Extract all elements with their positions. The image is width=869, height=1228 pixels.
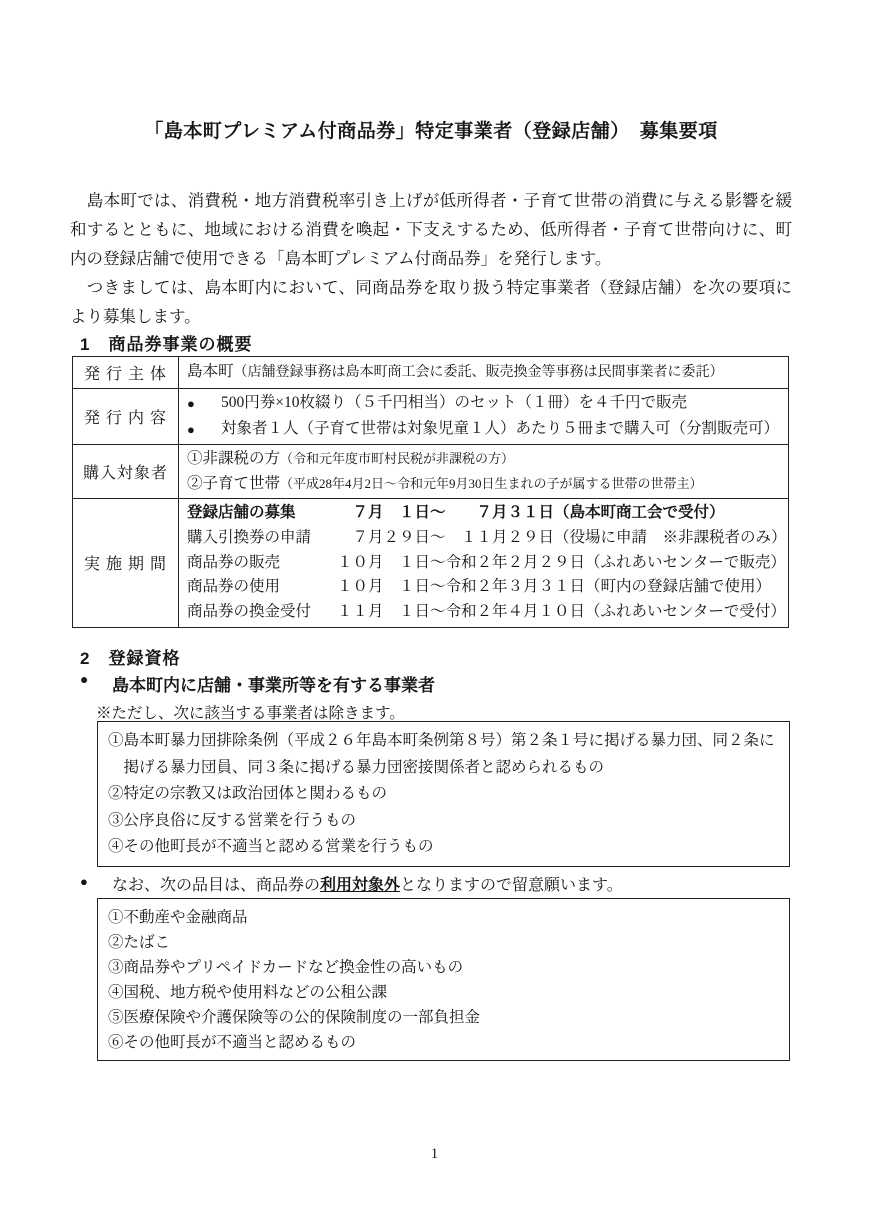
schedule-name: 商品券の使用: [187, 575, 337, 600]
schedule-line: 登録店舗の募集 ７月 １日～ ７月３１日（島本町商工会で受付）: [187, 501, 780, 526]
table-row-issuer: 発 行 主 体 島本町（店舗登録事務は島本町商工会に委託、販売換金等事務は民間事…: [73, 357, 789, 389]
list-item: ①不動産や金融商品: [108, 905, 779, 930]
excluded-items-intro-line: ● なお、次の品目は、商品券の利用対象外となりますので留意願います。: [80, 872, 623, 895]
row-label-eligibility: 購入対象者: [73, 445, 179, 499]
row-content-schedule: 登録店舗の募集 ７月 １日～ ７月３１日（島本町商工会で受付） 購入引換券の申請…: [179, 499, 789, 628]
section2-heading: 2 登録資格: [80, 644, 180, 669]
row-content-eligibility: ①非課税の方（令和元年度市町村民税が非課税の方） ②子育て世帯（平成28年4月2…: [179, 445, 789, 499]
eligible-business-line: ● 島本町内に店舗・事業所等を有する事業者: [80, 671, 435, 696]
bullet-icon: ●: [80, 671, 112, 696]
schedule-line: 購入引換券の申請 ７月２９日～ １１月２９日（役場に申請 ※非課税者のみ）: [187, 526, 780, 551]
eligible-business-text: 島本町内に店舗・事業所等を有する事業者: [112, 671, 435, 696]
schedule-name: 登録店舗の募集: [187, 501, 337, 526]
excluded-items-intro-text: なお、次の品目は、商品券の利用対象外となりますので留意願います。: [112, 872, 623, 895]
schedule-name: 商品券の販売: [187, 551, 337, 576]
list-item: ①島本町暴力団排除条例（平成２６年島本町条例第８号）第２条１号に掲げる暴力団、同…: [108, 728, 779, 781]
table-row-schedule: 実 施 期 間 登録店舗の募集 ７月 １日～ ７月３１日（島本町商工会で受付） …: [73, 499, 789, 628]
contents-item: ● 対象者１人（子育て世帯は対象児童１人）あたり５冊まで購入可（分割販売可）: [187, 417, 780, 443]
schedule-date: ７月 １日～ ７月３１日（島本町商工会で受付）: [337, 501, 725, 526]
intro-prefix: なお、次の品目は、商品券の: [112, 877, 320, 894]
page-title: 「島本町プレミアム付商品券」特定事業者（登録店舗） 募集要項: [72, 116, 790, 143]
bullet-icon: ●: [187, 391, 221, 417]
schedule-line: 商品券の販売 １０月 １日～令和２年２月２９日（ふれあいセンターで販売）: [187, 551, 780, 576]
list-item: ④その他町長が不適当と認める営業を行うもの: [108, 834, 779, 861]
intro-section: 島本町では、消費税・地方消費税率引き上げが低所得者・子育て世帯の消費に与える影響…: [70, 186, 792, 331]
list-item: ③商品券やプリペイドカードなど換金性の高いもの: [108, 955, 779, 980]
table-row-eligibility: 購入対象者 ①非課税の方（令和元年度市町村民税が非課税の方） ②子育て世帯（平成…: [73, 445, 789, 499]
row-label-schedule: 実 施 期 間: [73, 499, 179, 628]
intro-paragraph-1: 島本町では、消費税・地方消費税率引き上げが低所得者・子育て世帯の消費に与える影響…: [70, 186, 792, 273]
schedule-line: 商品券の換金受付 １１月 １日～令和２年４月１０日（ふれあいセンターで受付）: [187, 600, 780, 625]
list-item: ②特定の宗教又は政治団体と関わるもの: [108, 781, 779, 808]
overview-table: 発 行 主 体 島本町（店舗登録事務は島本町商工会に委託、販売換金等事務は民間事…: [72, 356, 789, 628]
eligibility-note: （令和元年度市町村民税が非課税の方）: [280, 451, 514, 466]
schedule-date: １０月 １日～令和２年２月２９日（ふれあいセンターで販売）: [337, 551, 780, 576]
section1-heading: 1 商品券事業の概要: [80, 330, 252, 355]
list-item: ⑥その他町長が不適当と認めるもの: [108, 1030, 779, 1055]
contents-item-text: 500円券×10枚綴り（５千円相当）のセット（１冊）を４千円で販売: [221, 391, 687, 417]
issuer-note: （店舗登録事務は島本町商工会に委託、販売換金等事務は民間事業者に委託）: [234, 365, 724, 380]
list-item: ④国税、地方税や使用料などの公租公課: [108, 980, 779, 1005]
row-label-contents: 発 行 内 容: [73, 389, 179, 445]
eligibility-item: ②子育て世帯（平成28年4月2日～令和元年9月30日生まれの子が属する世帯の世帯…: [187, 472, 780, 497]
page-number: 1: [0, 1146, 869, 1163]
schedule-date: １０月 １日～令和２年３月３１日（町内の登録店舗で使用）: [337, 575, 771, 600]
row-content-issuer: 島本町（店舗登録事務は島本町商工会に委託、販売換金等事務は民間事業者に委託）: [179, 357, 789, 389]
intro-suffix: となりますので留意願います。: [400, 877, 623, 894]
row-label-issuer: 発 行 主 体: [73, 357, 179, 389]
intro-paragraph-2: つきましては、島本町内において、同商品券を取り扱う特定事業者（登録店舗）を次の要…: [70, 273, 792, 331]
bullet-icon: ●: [80, 872, 112, 895]
excluded-businesses-box: ①島本町暴力団排除条例（平成２６年島本町条例第８号）第２条１号に掲げる暴力団、同…: [97, 721, 790, 867]
bullet-icon: ●: [187, 417, 221, 443]
schedule-name: 商品券の換金受付: [187, 600, 337, 625]
contents-item: ● 500円券×10枚綴り（５千円相当）のセット（１冊）を４千円で販売: [187, 391, 780, 417]
table-row-contents: 発 行 内 容 ● 500円券×10枚綴り（５千円相当）のセット（１冊）を４千円…: [73, 389, 789, 445]
document-page: { "document": { "title": "「島本町プレミアム付商品券」…: [0, 0, 869, 1228]
schedule-line: 商品券の使用 １０月 １日～令和２年３月３１日（町内の登録店舗で使用）: [187, 575, 780, 600]
eligibility-main: ①非課税の方: [187, 450, 280, 467]
issuer-main: 島本町: [187, 363, 234, 380]
excluded-items-box: ①不動産や金融商品 ②たばこ ③商品券やプリペイドカードなど換金性の高いもの ④…: [97, 898, 790, 1061]
eligibility-main: ②子育て世帯: [187, 475, 280, 492]
exclusion-note: ※ただし、次に該当する事業者は除きます。: [96, 701, 405, 723]
list-item: ⑤医療保険や介護保険等の公的保険制度の一部負担金: [108, 1005, 779, 1030]
eligibility-item: ①非課税の方（令和元年度市町村民税が非課税の方）: [187, 447, 780, 472]
row-content-contents: ● 500円券×10枚綴り（５千円相当）のセット（１冊）を４千円で販売 ● 対象…: [179, 389, 789, 445]
intro-emphasis: 利用対象外: [320, 877, 400, 894]
schedule-name: 購入引換券の申請: [187, 526, 337, 551]
schedule-date: １１月 １日～令和２年４月１０日（ふれあいセンターで受付）: [337, 600, 780, 625]
schedule-date: ７月２９日～ １１月２９日（役場に申請 ※非課税者のみ）: [337, 526, 780, 551]
eligibility-note: （平成28年4月2日～令和元年9月30日生まれの子が属する世帯の世帯主）: [280, 476, 703, 491]
list-item: ③公序良俗に反する営業を行うもの: [108, 808, 779, 835]
list-item: ②たばこ: [108, 930, 779, 955]
contents-item-text: 対象者１人（子育て世帯は対象児童１人）あたり５冊まで購入可（分割販売可）: [221, 417, 779, 443]
